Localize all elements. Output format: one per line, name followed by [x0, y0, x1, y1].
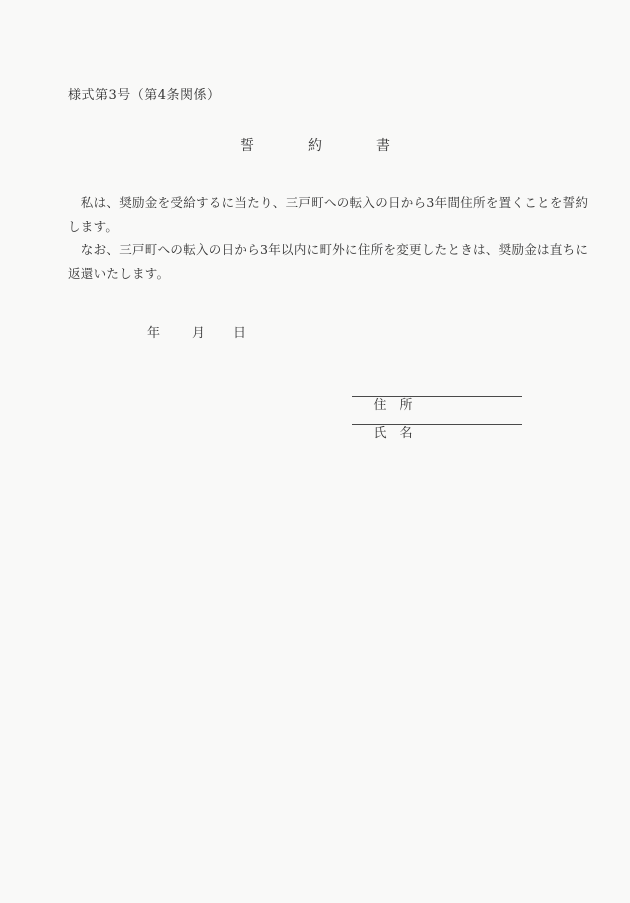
date-line: 年 月 日 [147, 322, 246, 341]
paragraph-1-line-2: します。 [68, 215, 578, 239]
name-label: 氏 名 [374, 426, 413, 441]
document-page: 様式第3号（第4条関係） 誓 約 書 私は、奨励金を受給するに当たり、三戸町への… [0, 0, 630, 903]
date-month-label: 月 [192, 322, 205, 341]
paragraph-2-line-1: なお、三戸町への転入の日から3年以内に町外に住所を変更したときは、奨励金は直ちに [68, 238, 578, 262]
date-year-label: 年 [147, 322, 160, 341]
date-day-label: 日 [233, 322, 246, 341]
name-field: 氏 名 [352, 407, 522, 425]
title-char-3: 書 [376, 135, 390, 155]
title-char-1: 誓 [240, 135, 254, 155]
pledge-body: 私は、奨励金を受給するに当たり、三戸町への転入の日から3年間住所を置くことを誓約… [68, 191, 578, 285]
form-number: 様式第3号（第4条関係） [68, 84, 221, 103]
paragraph-2-line-2: 返還いたします。 [68, 262, 578, 286]
paragraph-1-line-1: 私は、奨励金を受給するに当たり、三戸町への転入の日から3年間住所を置くことを誓約 [68, 191, 578, 215]
title-char-2: 約 [308, 135, 322, 155]
document-title: 誓 約 書 [0, 135, 630, 155]
address-field: 住 所 [352, 379, 522, 397]
